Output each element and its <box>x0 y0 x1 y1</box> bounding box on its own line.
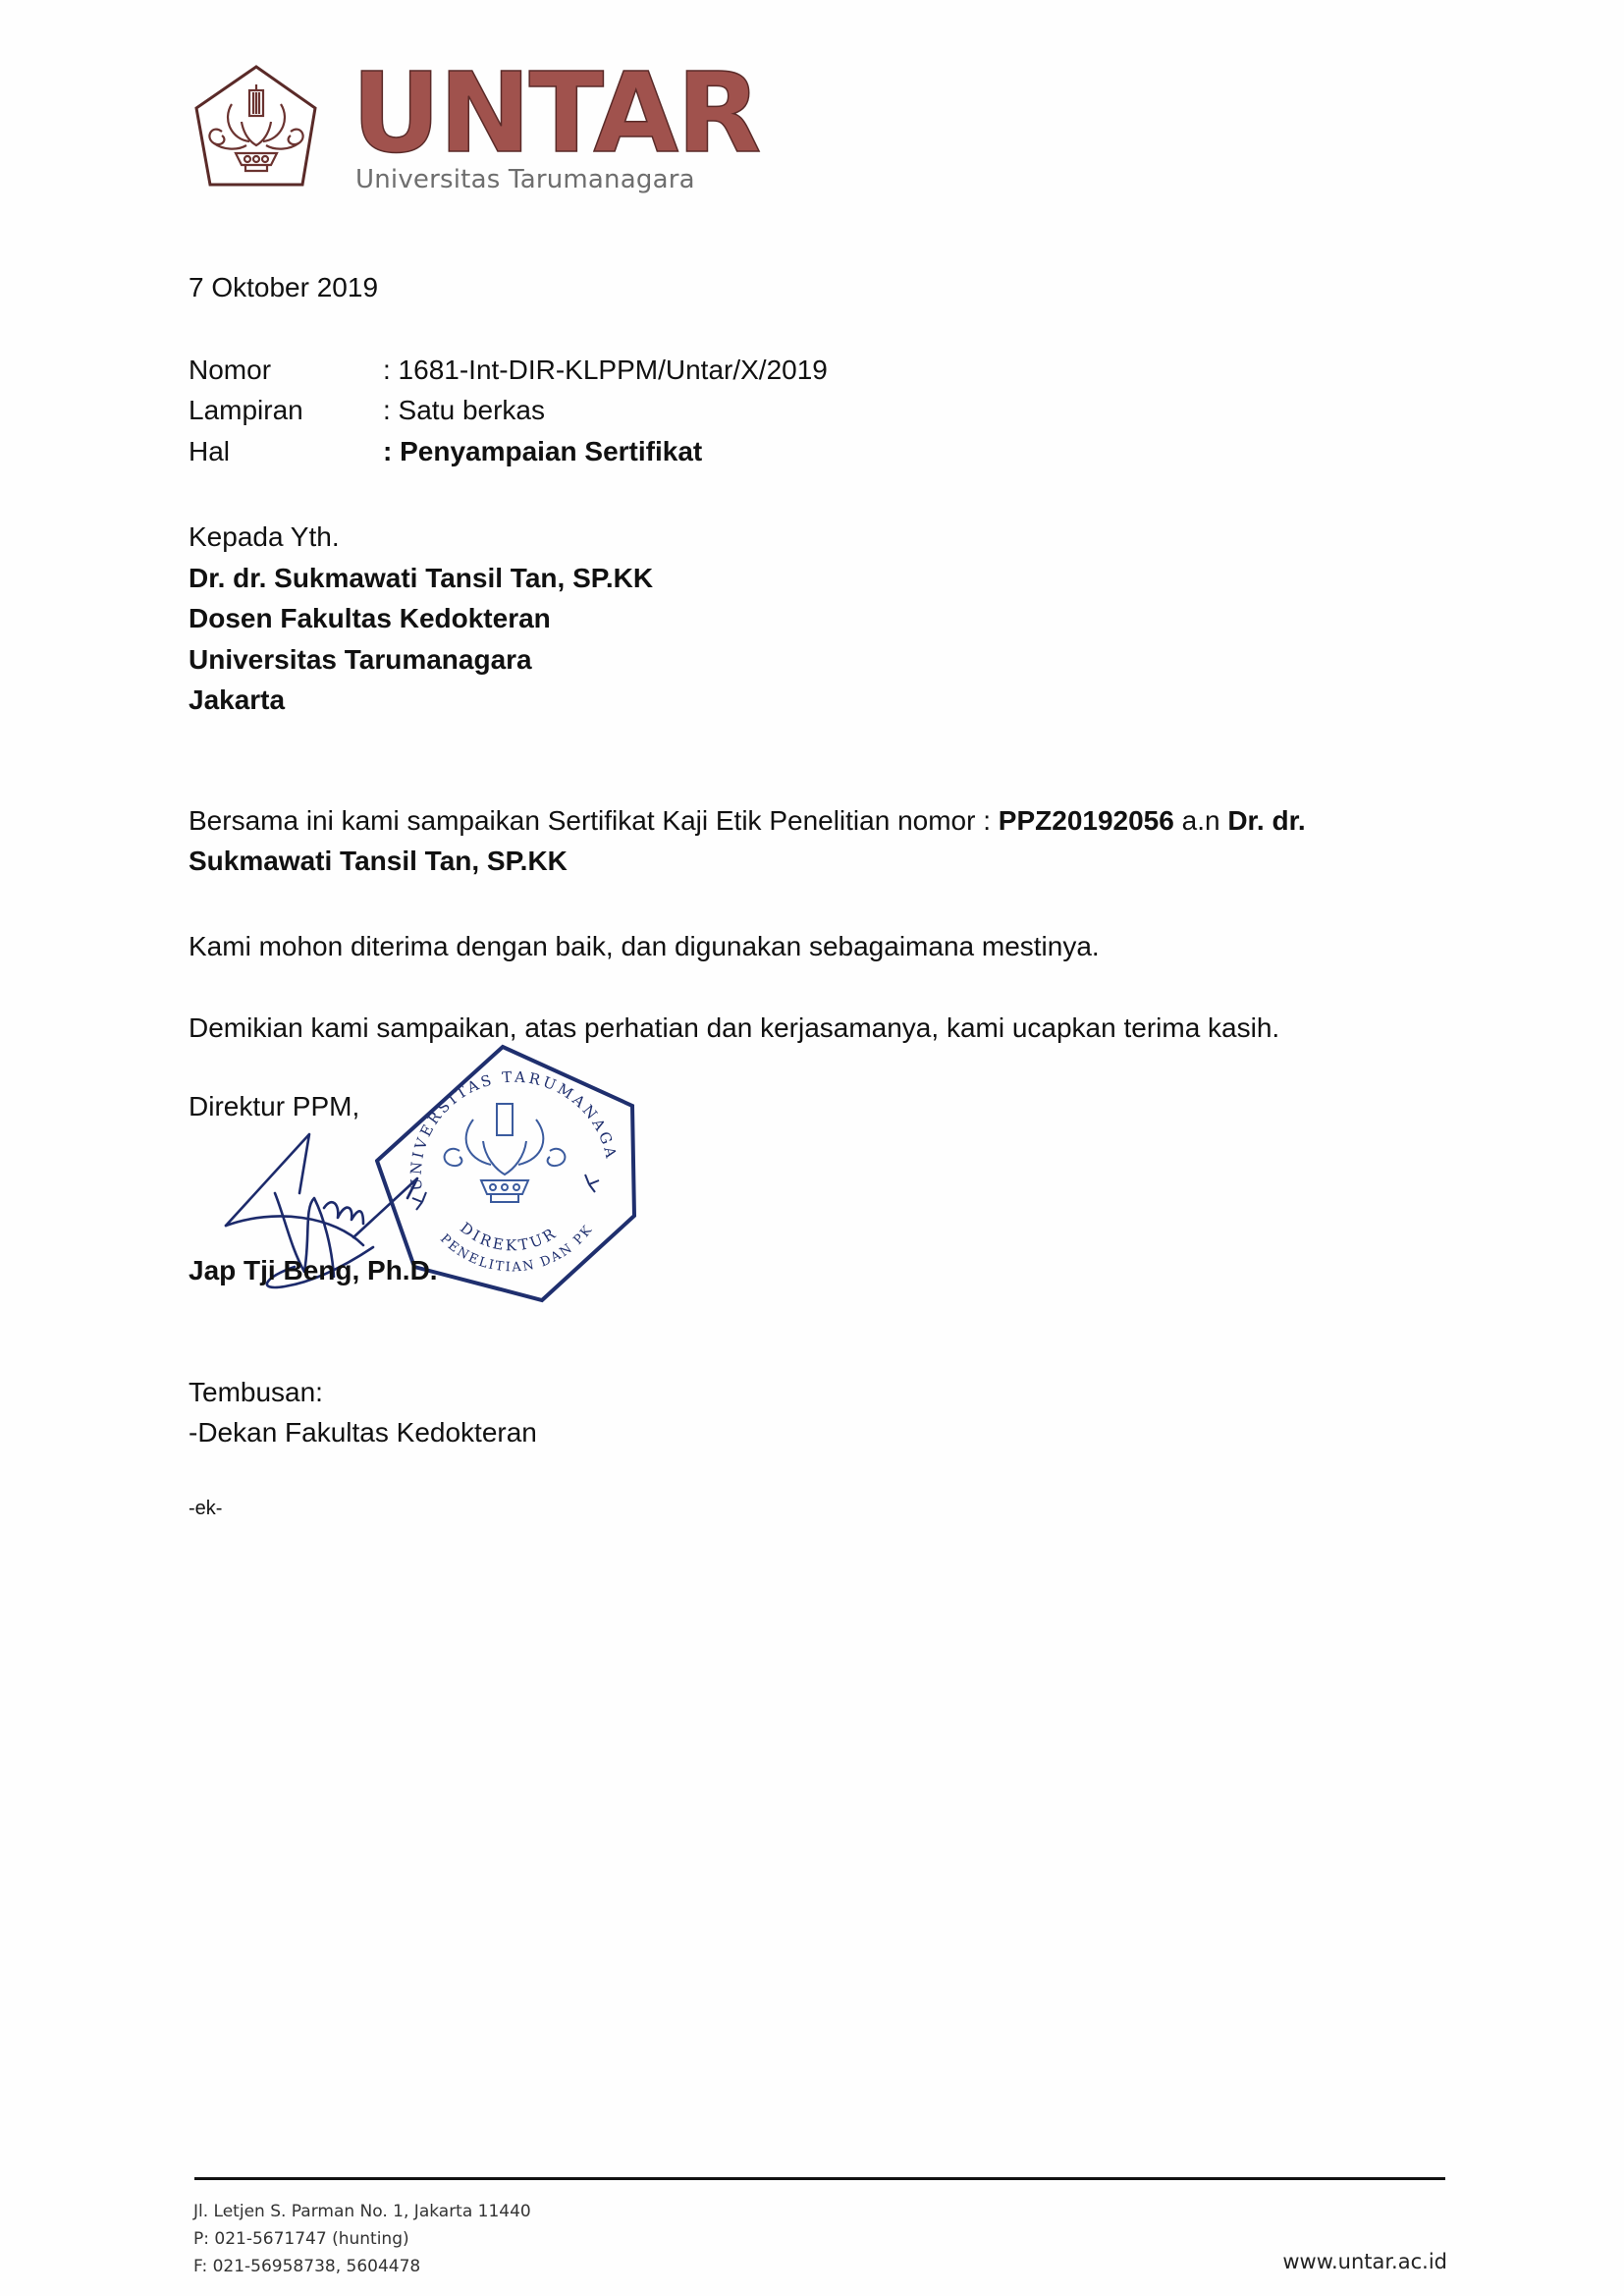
meta-value: : 1681-Int-DIR-KLPPM/Untar/X/2019 <box>383 354 828 387</box>
recipient-institution: Universitas Tarumanagara <box>189 639 653 681</box>
meta-label: Hal <box>189 435 230 468</box>
recipient-block: Kepada Yth. Dr. dr. Sukmawati Tansil Tan… <box>189 517 653 721</box>
footer-divider <box>194 2177 1445 2180</box>
letter-date: 7 Oktober 2019 <box>189 271 378 304</box>
meta-label: Nomor <box>189 354 271 387</box>
untar-emblem-icon <box>192 63 320 191</box>
body-text: Bersama ini kami sampaikan Sertifikat Ka… <box>189 805 999 836</box>
recipient-salutation: Kepada Yth. <box>189 517 653 558</box>
meta-value: : Satu berkas <box>383 394 545 427</box>
meta-label: Lampiran <box>189 394 303 427</box>
typist-initials: -ek- <box>189 1497 222 1520</box>
body-paragraph-2: Kami mohon diterima dengan baik, dan dig… <box>189 926 1426 966</box>
stamp-bottom-line-1: DIREKTUR <box>457 1219 561 1254</box>
body-paragraph-1: Bersama ini kami sampaikan Sertifikat Ka… <box>189 800 1426 881</box>
signer-name: Jap Tji Beng, Ph.D. <box>189 1254 438 1287</box>
footer-address: Jl. Letjen S. Parman No. 1, Jakarta 1144… <box>193 2198 531 2225</box>
cc-item: -Dekan Fakultas Kedokteran <box>189 1416 537 1449</box>
svg-text:DIREKTUR: DIREKTUR <box>457 1219 561 1254</box>
meta-value: : Penyampaian Sertifikat <box>383 435 702 468</box>
university-name: Universitas Tarumanagara <box>355 165 695 194</box>
untar-wordmark: UNTAR <box>352 59 759 169</box>
recipient-name: Dr. dr. Sukmawati Tansil Tan, SP.KK <box>189 558 653 599</box>
body-paragraph-3: Demikian kami sampaikan, atas perhatian … <box>189 1008 1426 1048</box>
recipient-city: Jakarta <box>189 680 653 721</box>
certificate-number: PPZ20192056 <box>999 805 1174 836</box>
recipient-position: Dosen Fakultas Kedokteran <box>189 598 653 639</box>
body-text: a.n <box>1174 805 1227 836</box>
footer-fax: F: 021-56958738, 5604478 <box>193 2253 531 2280</box>
footer-phone: P: 021-5671747 (hunting) <box>193 2225 531 2253</box>
footer-website: www.untar.ac.id <box>1282 2249 1447 2274</box>
letter-page: UNTAR Universitas Tarumanagara 7 Oktober… <box>0 0 1624 2296</box>
cc-label: Tembusan: <box>189 1376 323 1409</box>
footer-contact: Jl. Letjen S. Parman No. 1, Jakarta 1144… <box>193 2198 531 2280</box>
